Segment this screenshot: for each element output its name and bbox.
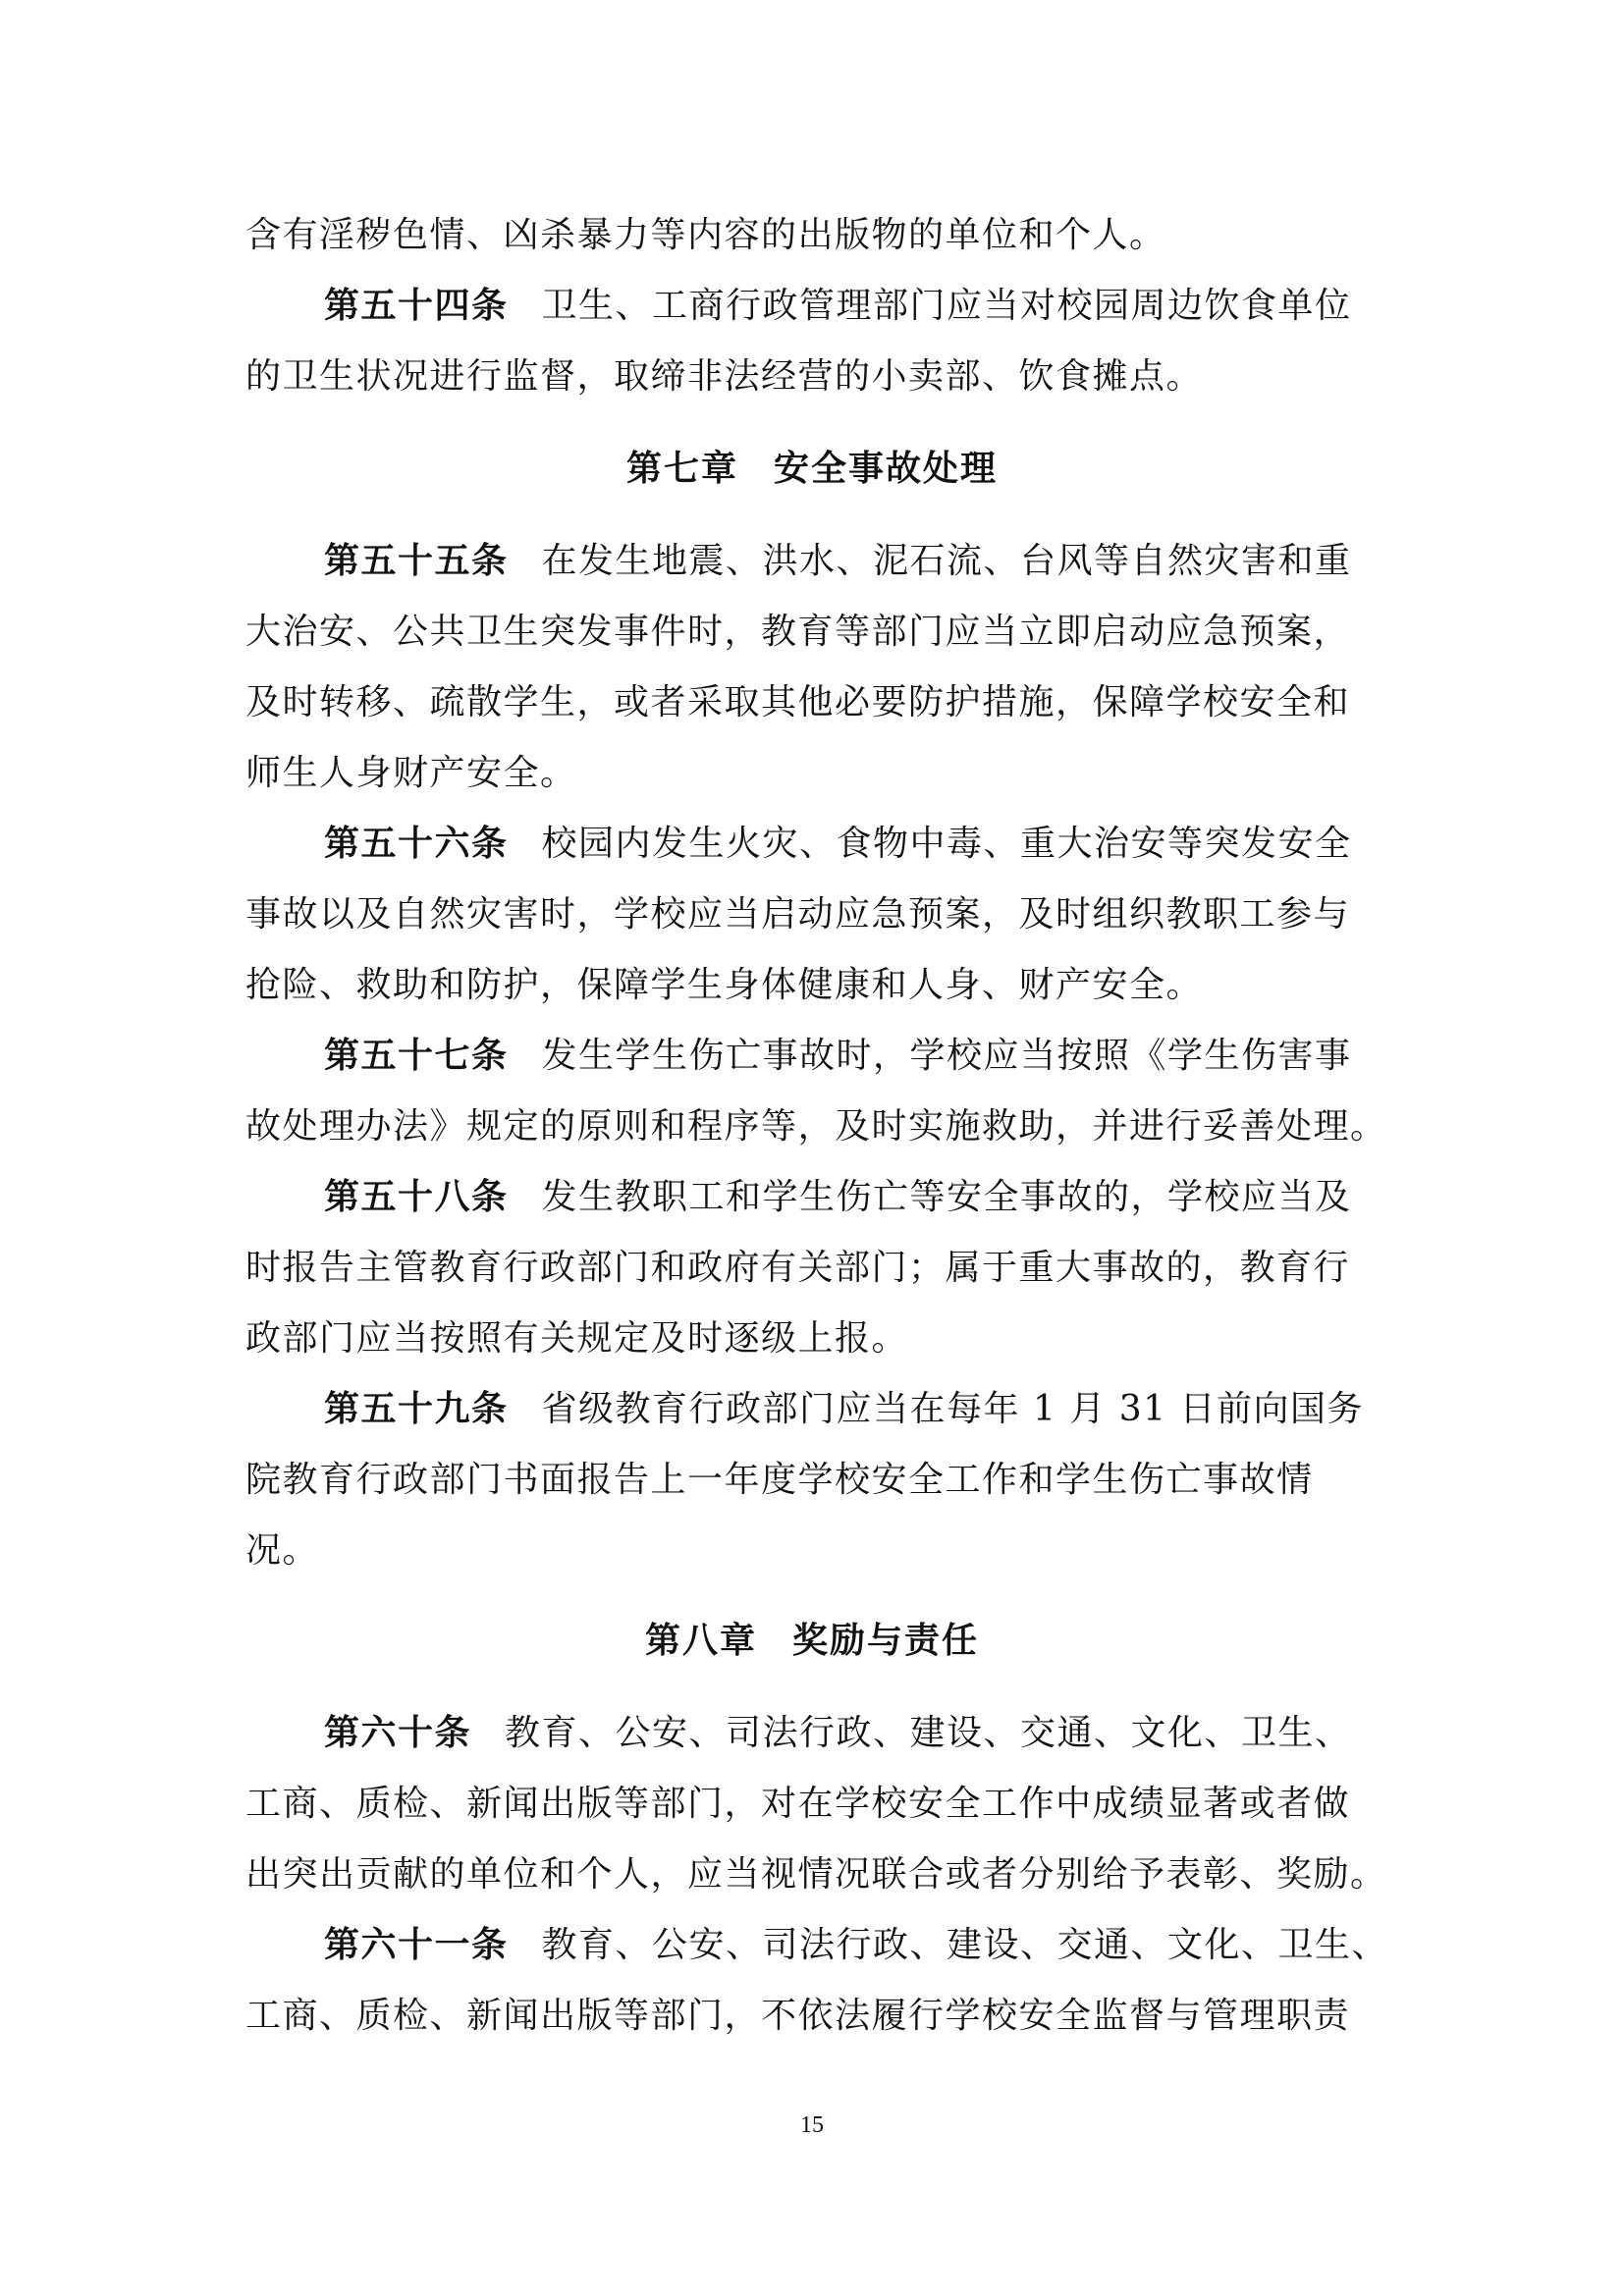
article-text: 校园内发生火灾、食物中毒、重大治安等突发安全 xyxy=(542,824,1352,864)
article-label: 第五十五条 xyxy=(324,541,509,581)
text-line: 事故以及自然灾害时，学校应当启动应急预案，及时组织教职工参与 xyxy=(245,893,1384,936)
article-label: 第六十一条 xyxy=(324,1925,509,1965)
article-text: 发生教职工和学生伤亡等安全事故的，学校应当及 xyxy=(542,1177,1352,1217)
document-page: 含有淫秽色情、凶杀暴力等内容的出版物的单位和个人。 第五十四条卫生、工商行政管理… xyxy=(0,0,1624,2296)
article-59: 第五十九条省级教育行政部门应当在每年 1 月 31 日前向国务 xyxy=(324,1388,1384,1431)
text-line: 出突出贡献的单位和个人，应当视情况联合或者分别给予表彰、奖励。 xyxy=(245,1853,1384,1896)
chapter-heading-7: 第七章安全事故处理 xyxy=(0,448,1624,491)
text-line: 故处理办法》规定的原则和程序等，及时实施救助，并进行妥善处理。 xyxy=(245,1105,1384,1148)
article-text: 教育、公安、司法行政、建设、交通、文化、卫生、 xyxy=(505,1713,1352,1753)
chapter-heading-8: 第八章奖励与责任 xyxy=(0,1620,1624,1663)
article-label: 第五十七条 xyxy=(324,1036,509,1076)
article-text: 省级教育行政部门应当在每年 1 月 31 日前向国务 xyxy=(542,1389,1365,1429)
chapter-title: 奖励与责任 xyxy=(792,1621,979,1661)
text-line: 及时转移、疏散学生，或者采取其他必要防护措施，保障学校安全和 xyxy=(245,681,1384,724)
text-line: 含有淫秽色情、凶杀暴力等内容的出版物的单位和个人。 xyxy=(245,214,1384,257)
chapter-number: 第七章 xyxy=(626,449,738,489)
article-60: 第六十条教育、公安、司法行政、建设、交通、文化、卫生、 xyxy=(324,1712,1384,1755)
chapter-number: 第八章 xyxy=(645,1621,757,1661)
text-line: 抢险、救助和防护，保障学生身体健康和人身、财产安全。 xyxy=(245,964,1384,1007)
text-line: 政部门应当按照有关规定及时逐级上报。 xyxy=(245,1317,1384,1361)
article-56: 第五十六条校园内发生火灾、食物中毒、重大治安等突发安全 xyxy=(324,823,1384,866)
text-line: 的卫生状况进行监督，取缔非法经营的小卖部、饮食摊点。 xyxy=(245,355,1384,399)
article-label: 第五十六条 xyxy=(324,824,509,864)
article-label: 第五十九条 xyxy=(324,1389,509,1429)
text-line: 大治安、公共卫生突发事件时，教育等部门应当立即启动应急预案， xyxy=(245,611,1384,654)
article-label: 第五十八条 xyxy=(324,1177,509,1217)
article-57: 第五十七条发生学生伤亡事故时，学校应当按照《学生伤害事 xyxy=(324,1035,1384,1078)
page-number: 15 xyxy=(0,2112,1624,2139)
chapter-title: 安全事故处理 xyxy=(774,449,998,489)
article-text: 教育、公安、司法行政、建设、交通、文化、卫生、 xyxy=(542,1925,1389,1965)
text-line: 工商、质检、新闻出版等部门，对在学校安全工作中成绩显著或者做 xyxy=(245,1783,1384,1826)
text-line: 师生人身财产安全。 xyxy=(245,752,1384,795)
article-text: 在发生地震、洪水、泥石流、台风等自然灾害和重 xyxy=(542,541,1352,581)
article-55: 第五十五条在发生地震、洪水、泥石流、台风等自然灾害和重 xyxy=(324,540,1384,583)
text-line: 时报告主管教育行政部门和政府有关部门；属于重大事故的，教育行 xyxy=(245,1247,1384,1290)
article-54: 第五十四条卫生、工商行政管理部门应当对校园周边饮食单位 xyxy=(324,285,1384,328)
article-58: 第五十八条发生教职工和学生伤亡等安全事故的，学校应当及 xyxy=(324,1176,1384,1219)
article-61: 第六十一条教育、公安、司法行政、建设、交通、文化、卫生、 xyxy=(324,1924,1384,1967)
text-line: 工商、质检、新闻出版等部门，不依法履行学校安全监督与管理职责 xyxy=(245,1995,1384,2038)
article-text: 卫生、工商行政管理部门应当对校园周边饮食单位 xyxy=(542,286,1352,326)
text-line: 况。 xyxy=(245,1529,1384,1573)
article-label: 第六十条 xyxy=(324,1713,471,1753)
article-text: 发生学生伤亡事故时，学校应当按照《学生伤害事 xyxy=(542,1036,1352,1076)
text-line: 院教育行政部门书面报告上一年度学校安全工作和学生伤亡事故情 xyxy=(245,1459,1384,1502)
article-label: 第五十四条 xyxy=(324,286,509,326)
